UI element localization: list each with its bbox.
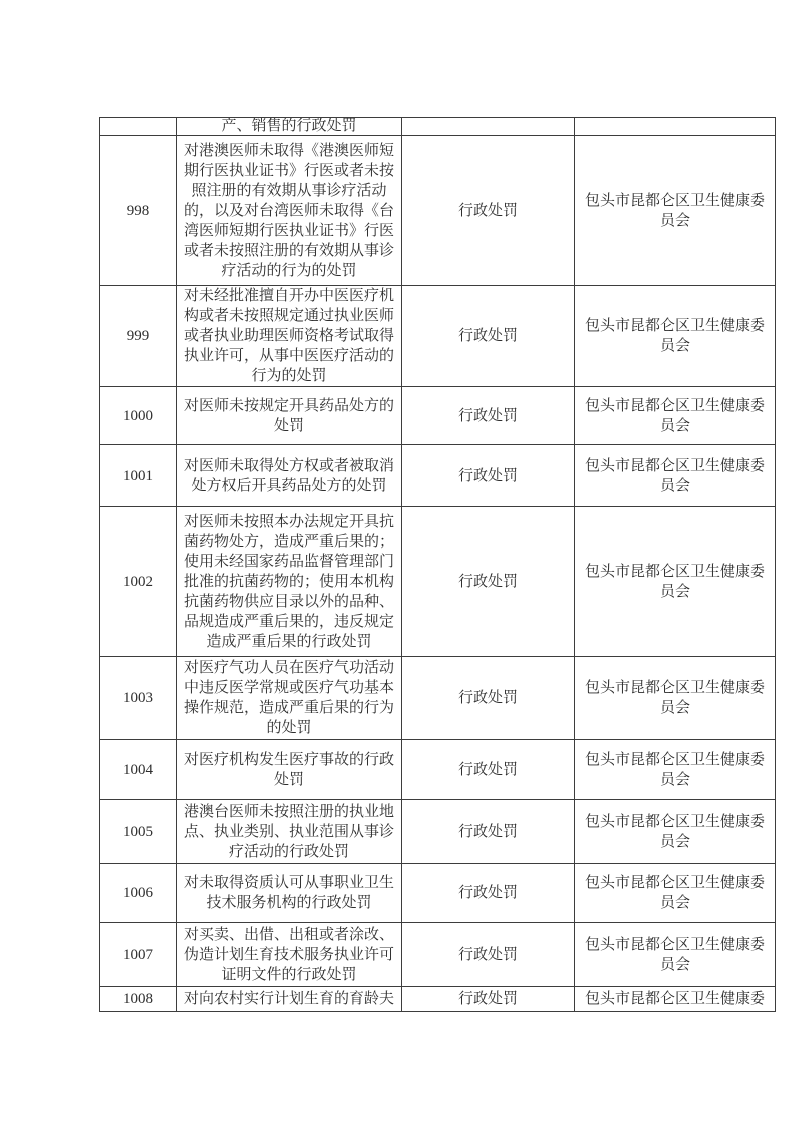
penalty-type-cell: 行政处罚 — [402, 923, 575, 987]
table-row: 1006 对未取得资质认可从事职业卫生技术服务机构的行政处罚 行政处罚 包头市昆… — [100, 864, 776, 923]
penalty-type-cell: 行政处罚 — [402, 445, 575, 507]
penalty-type-cell: 行政处罚 — [402, 987, 575, 1012]
document-page: 产、销售的行政处罚 998 对港澳医师未取得《港澳医师短期行医执业证书》行医或者… — [0, 0, 793, 1122]
description-cell: 对医师未取得处方权或者被取消处方权后开具药品处方的处罚 — [177, 445, 402, 507]
authority-cell: 包头市昆都仑区卫生健康委员会 — [575, 387, 776, 445]
description-cell: 对未经批准擅自开办中医医疗机构或者未按照规定通过执业医师或者执业助理医师资格考试… — [177, 286, 402, 387]
description-cell: 产、销售的行政处罚 — [177, 118, 402, 136]
table-row: 1007 对买卖、出借、出租或者涂改、伪造计划生育技术服务执业许可证明文件的行政… — [100, 923, 776, 987]
row-number-cell: 1003 — [100, 657, 177, 740]
authority-cell: 包头市昆都仑区卫生健康委员会 — [575, 445, 776, 507]
table-row: 1002 对医师未按照本办法规定开具抗菌药物处方，造成严重后果的；使用未经国家药… — [100, 507, 776, 657]
table-row: 1001 对医师未取得处方权或者被取消处方权后开具药品处方的处罚 行政处罚 包头… — [100, 445, 776, 507]
description-cell: 对向农村实行计划生育的育龄夫 — [177, 987, 402, 1012]
table-row: 1005 港澳台医师未按照注册的执业地点、执业类别、执业范围从事诊疗活动的行政处… — [100, 800, 776, 864]
penalty-type-cell: 行政处罚 — [402, 507, 575, 657]
table-row-cutoff: 1008 对向农村实行计划生育的育龄夫 行政处罚 包头市昆都仑区卫生健康委 — [100, 987, 776, 1012]
table-row: 999 对未经批准擅自开办中医医疗机构或者未按照规定通过执业医师或者执业助理医师… — [100, 286, 776, 387]
row-number-cell: 1007 — [100, 923, 177, 987]
table-row: 998 对港澳医师未取得《港澳医师短期行医执业证书》行医或者未按照注册的有效期从… — [100, 136, 776, 286]
penalty-type-cell: 行政处罚 — [402, 740, 575, 800]
description-cell: 对买卖、出借、出租或者涂改、伪造计划生育技术服务执业许可证明文件的行政处罚 — [177, 923, 402, 987]
authority-cell: 包头市昆都仑区卫生健康委 — [575, 987, 776, 1012]
authority-cell: 包头市昆都仑区卫生健康委员会 — [575, 286, 776, 387]
penalty-type-cell: 行政处罚 — [402, 387, 575, 445]
row-number-cell: 999 — [100, 286, 177, 387]
authority-cell: 包头市昆都仑区卫生健康委员会 — [575, 657, 776, 740]
authority-cell: 包头市昆都仑区卫生健康委员会 — [575, 136, 776, 286]
description-cell: 对未取得资质认可从事职业卫生技术服务机构的行政处罚 — [177, 864, 402, 923]
description-cell: 港澳台医师未按照注册的执业地点、执业类别、执业范围从事诊疗活动的行政处罚 — [177, 800, 402, 864]
description-cell: 对医师未按规定开具药品处方的处罚 — [177, 387, 402, 445]
description-cell: 对医疗气功人员在医疗气功活动中违反医学常规或医疗气功基本操作规范，造成严重后果的… — [177, 657, 402, 740]
penalty-type-cell: 行政处罚 — [402, 800, 575, 864]
row-number-cell: 1004 — [100, 740, 177, 800]
authority-cell: 包头市昆都仑区卫生健康委员会 — [575, 740, 776, 800]
row-number-cell: 1005 — [100, 800, 177, 864]
description-cell: 对港澳医师未取得《港澳医师短期行医执业证书》行医或者未按照注册的有效期从事诊疗活… — [177, 136, 402, 286]
row-number-cell: 1002 — [100, 507, 177, 657]
table-row: 1004 对医疗机构发生医疗事故的行政处罚 行政处罚 包头市昆都仑区卫生健康委员… — [100, 740, 776, 800]
authority-cell — [575, 118, 776, 136]
table-row: 1003 对医疗气功人员在医疗气功活动中违反医学常规或医疗气功基本操作规范，造成… — [100, 657, 776, 740]
row-number-cell: 998 — [100, 136, 177, 286]
row-number-cell: 1006 — [100, 864, 177, 923]
description-cell: 对医疗机构发生医疗事故的行政处罚 — [177, 740, 402, 800]
row-number-cell — [100, 118, 177, 136]
penalty-type-cell: 行政处罚 — [402, 286, 575, 387]
row-number-cell: 1000 — [100, 387, 177, 445]
penalty-type-cell: 行政处罚 — [402, 864, 575, 923]
table-row: 1000 对医师未按规定开具药品处方的处罚 行政处罚 包头市昆都仑区卫生健康委员… — [100, 387, 776, 445]
penalty-type-cell: 行政处罚 — [402, 136, 575, 286]
description-cell: 对医师未按照本办法规定开具抗菌药物处方，造成严重后果的；使用未经国家药品监督管理… — [177, 507, 402, 657]
row-number-cell: 1001 — [100, 445, 177, 507]
penalty-table: 产、销售的行政处罚 998 对港澳医师未取得《港澳医师短期行医执业证书》行医或者… — [99, 117, 776, 1012]
authority-cell: 包头市昆都仑区卫生健康委员会 — [575, 923, 776, 987]
authority-cell: 包头市昆都仑区卫生健康委员会 — [575, 800, 776, 864]
table-row-continuation: 产、销售的行政处罚 — [100, 118, 776, 136]
authority-cell: 包头市昆都仑区卫生健康委员会 — [575, 507, 776, 657]
penalty-type-cell — [402, 118, 575, 136]
authority-cell: 包头市昆都仑区卫生健康委员会 — [575, 864, 776, 923]
row-number-cell: 1008 — [100, 987, 177, 1012]
penalty-type-cell: 行政处罚 — [402, 657, 575, 740]
